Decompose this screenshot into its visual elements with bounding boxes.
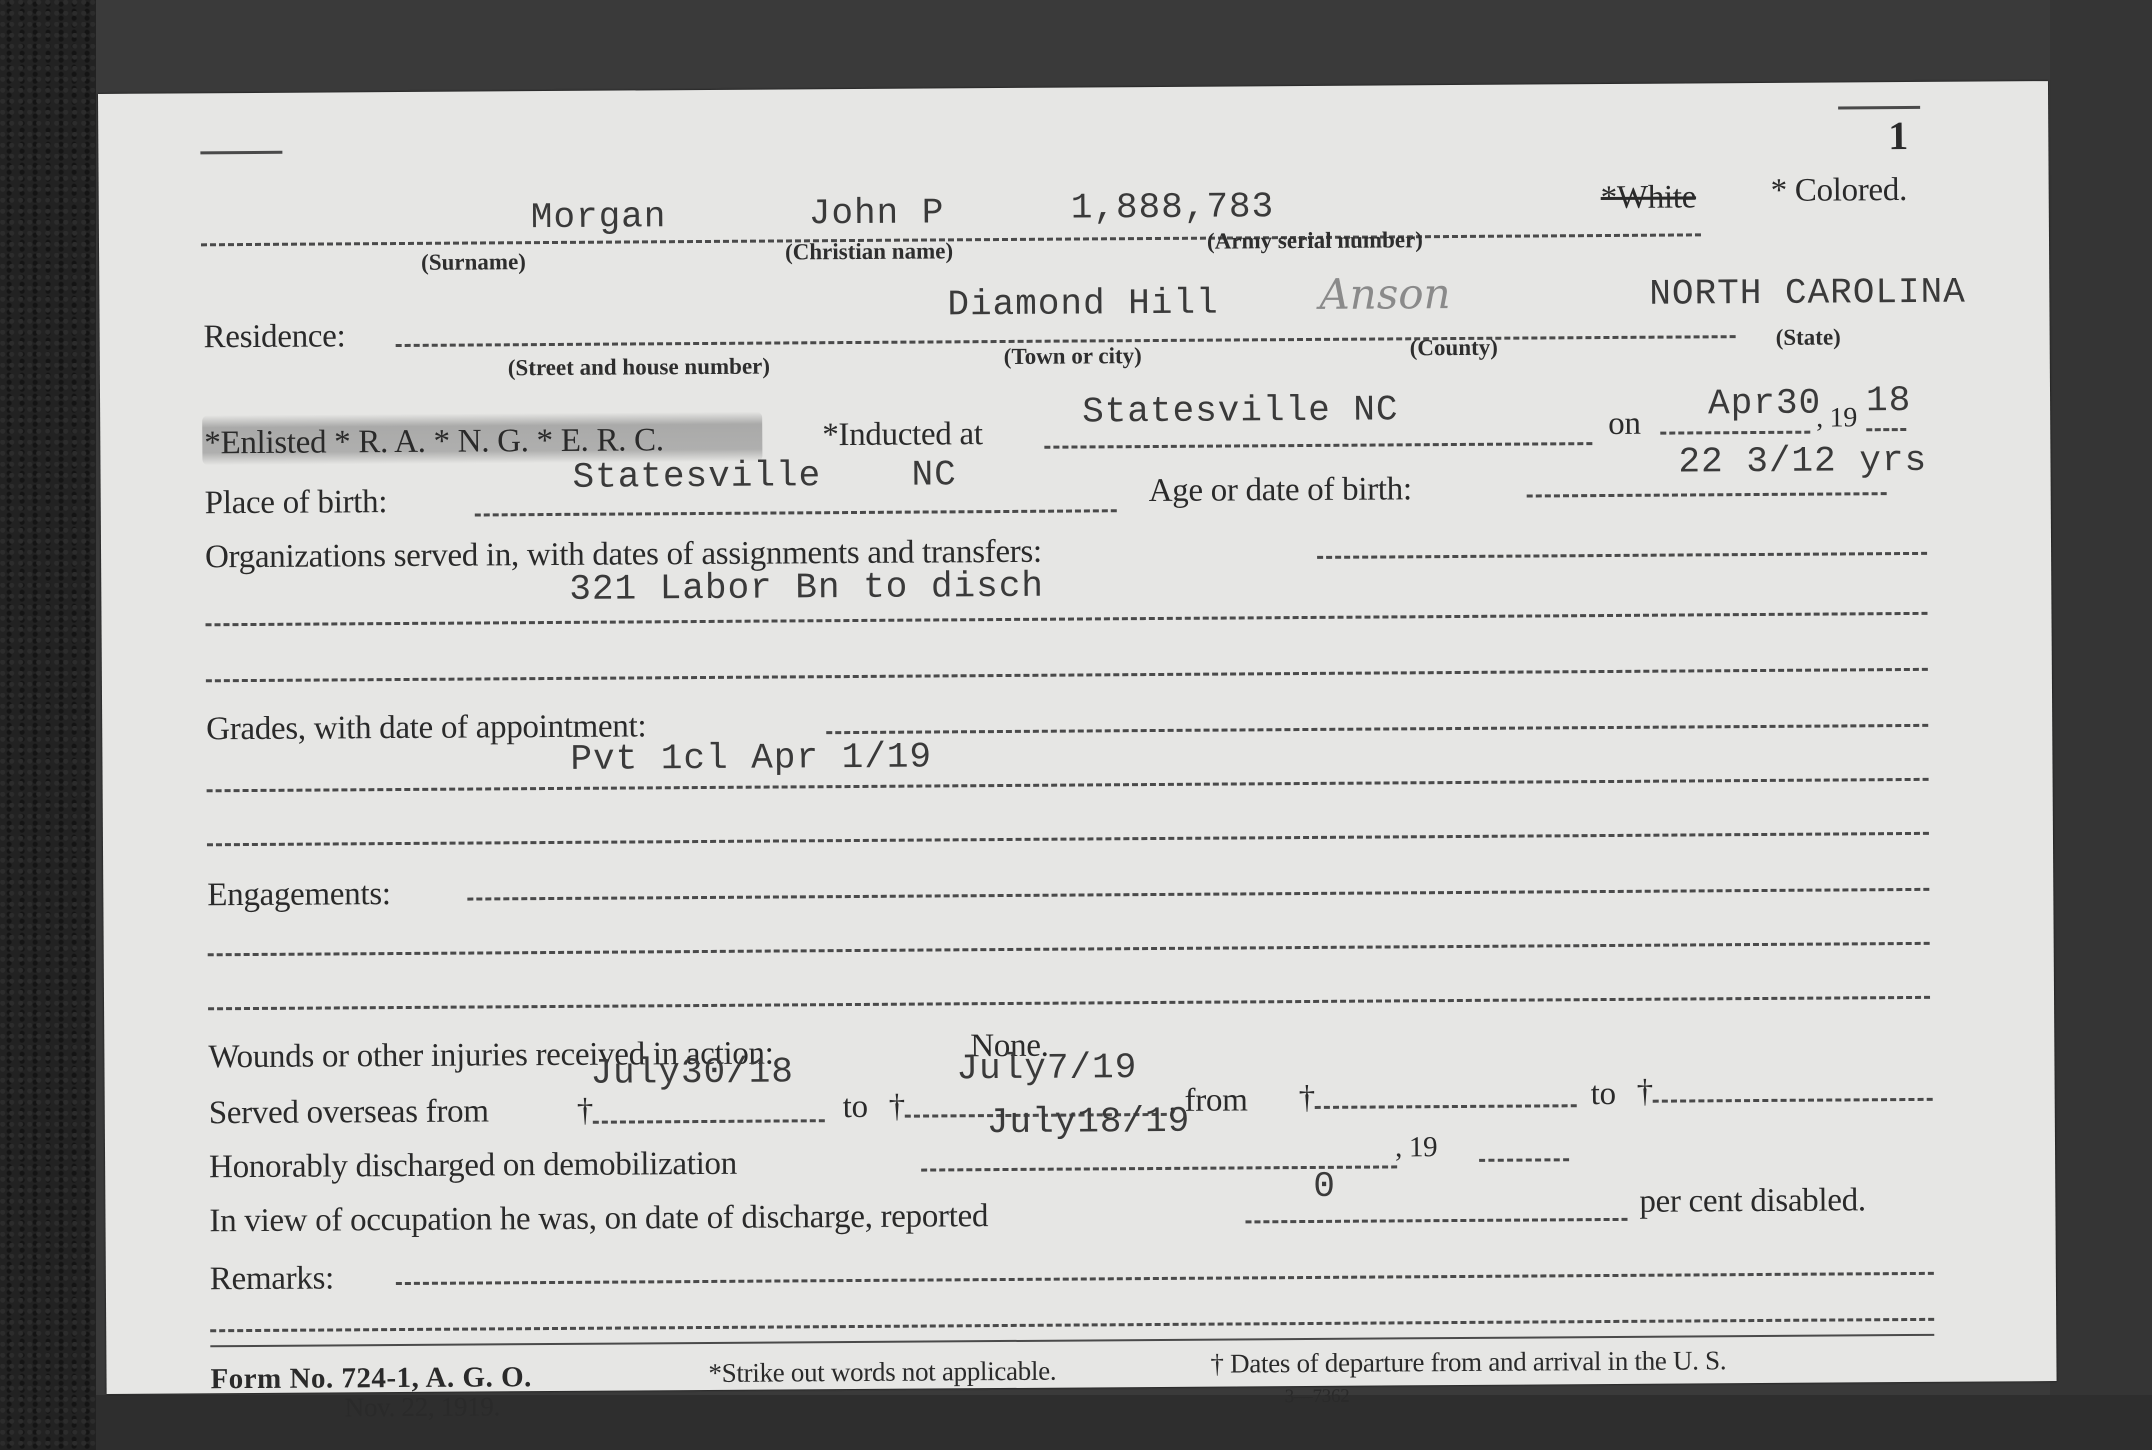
disability-suffix: per cent disabled. [1639,1182,1866,1221]
discharge-year-line [1479,1158,1569,1162]
organizations-entry-0: 321 Labor Bn to disch [569,566,1044,610]
inducted-date-line [1660,431,1810,435]
dagger-to2: † [1637,1074,1653,1111]
discharge-year-label: , 19 [1395,1131,1438,1164]
inducted-year-line [1866,428,1906,431]
place-of-birth-value: Statesville NC [572,454,957,498]
engagements-label: Engagements: [207,876,391,914]
card-number-overline [1838,106,1920,110]
card-number: 1 [1888,112,1908,159]
dagger-from: † [577,1093,593,1130]
age-value: 22 3/12 yrs [1678,440,1927,483]
serial-number-value: 1,888,783 [1071,186,1275,228]
age-line [1527,492,1887,497]
dagger-to: † [889,1089,905,1126]
strike-note: *Strike out words not applicable. [708,1356,1056,1389]
organizations-line-0 [1317,552,1927,559]
discharge-date-value: July18/19 [987,1101,1191,1143]
residence-label: Residence: [203,318,345,356]
race-option-colored: * Colored. [1771,172,1908,210]
scanner-background-left [0,0,96,1450]
grades-line-2 [207,832,1929,846]
top-left-dash [200,151,282,155]
inducted-date-value: Apr30 [1708,383,1821,425]
service-record-card: 1 Morgan John P 1,888,783 (Surname) (Chr… [98,81,2057,1394]
disability-value: 0 [1313,1166,1336,1207]
inducted-at-line [1044,442,1592,449]
organizations-line-1 [206,612,1928,626]
overseas-from-value: July30/18 [590,1051,794,1093]
scanner-background-right [2050,0,2152,1450]
disability-line [1245,1218,1627,1224]
race-option-white: *White [1601,179,1697,217]
serial-number-caption: (Army serial number) [1207,227,1423,254]
remarks-line-1 [210,1318,1934,1332]
dagger-note: † Dates of departure from and arrival in… [1210,1345,1726,1379]
engagements-line-1 [208,942,1930,956]
age-label: Age or date of birth: [1149,471,1412,510]
organizations-line-2 [206,668,1928,682]
grades-line-0 [826,724,1928,734]
street-caption: (Street and house number) [508,354,770,382]
engagements-line-2 [208,996,1930,1010]
county-caption: (County) [1410,335,1498,362]
overseas-to2-line [1653,1098,1933,1103]
grades-line-1 [207,778,1929,792]
form-date: Nov. 22, 1919. [345,1391,500,1423]
place-of-birth-label: Place of birth: [205,484,388,522]
christian-name-caption: (Christian name) [785,238,953,265]
overseas-to-value: July7/19 [956,1047,1137,1089]
overseas-from-line [593,1119,825,1124]
grades-entry-0: Pvt 1cl Apr 1/19 [570,736,932,779]
remarks-line-0 [396,1272,1934,1285]
overseas-to2-label: to [1591,1076,1616,1113]
print-code: 3—7362 [1285,1386,1350,1408]
town-caption: (Town or city) [1004,343,1142,370]
residence-county-value: Anson [1319,269,1451,319]
discharge-label: Honorably discharged on demobilization [209,1146,737,1186]
overseas-from2-line [1315,1104,1577,1109]
state-caption: (State) [1776,324,1841,350]
remarks-label: Remarks: [210,1260,334,1298]
surname-value: Morgan [531,196,667,238]
inducted-at-value: Statesville NC [1082,389,1399,432]
dagger-from2: † [1299,1080,1315,1117]
disability-label: In view of occupation he was, on date of… [209,1198,988,1240]
engagements-line-0 [467,888,1929,901]
overseas-to-label: to [843,1089,868,1126]
on-label: on [1608,406,1641,443]
year-prefix: , 19 [1816,402,1857,434]
place-of-birth-line [475,509,1117,516]
overseas-label: Served overseas from [209,1093,489,1132]
christian-name-value: John P [809,192,945,234]
residence-state-value: NORTH CAROLINA [1649,272,1966,315]
surname-caption: (Surname) [421,249,526,276]
inducted-year-value: 18 [1866,380,1911,421]
inducted-label: *Inducted at [822,416,983,454]
residence-town-value: Diamond Hill [947,283,1219,326]
